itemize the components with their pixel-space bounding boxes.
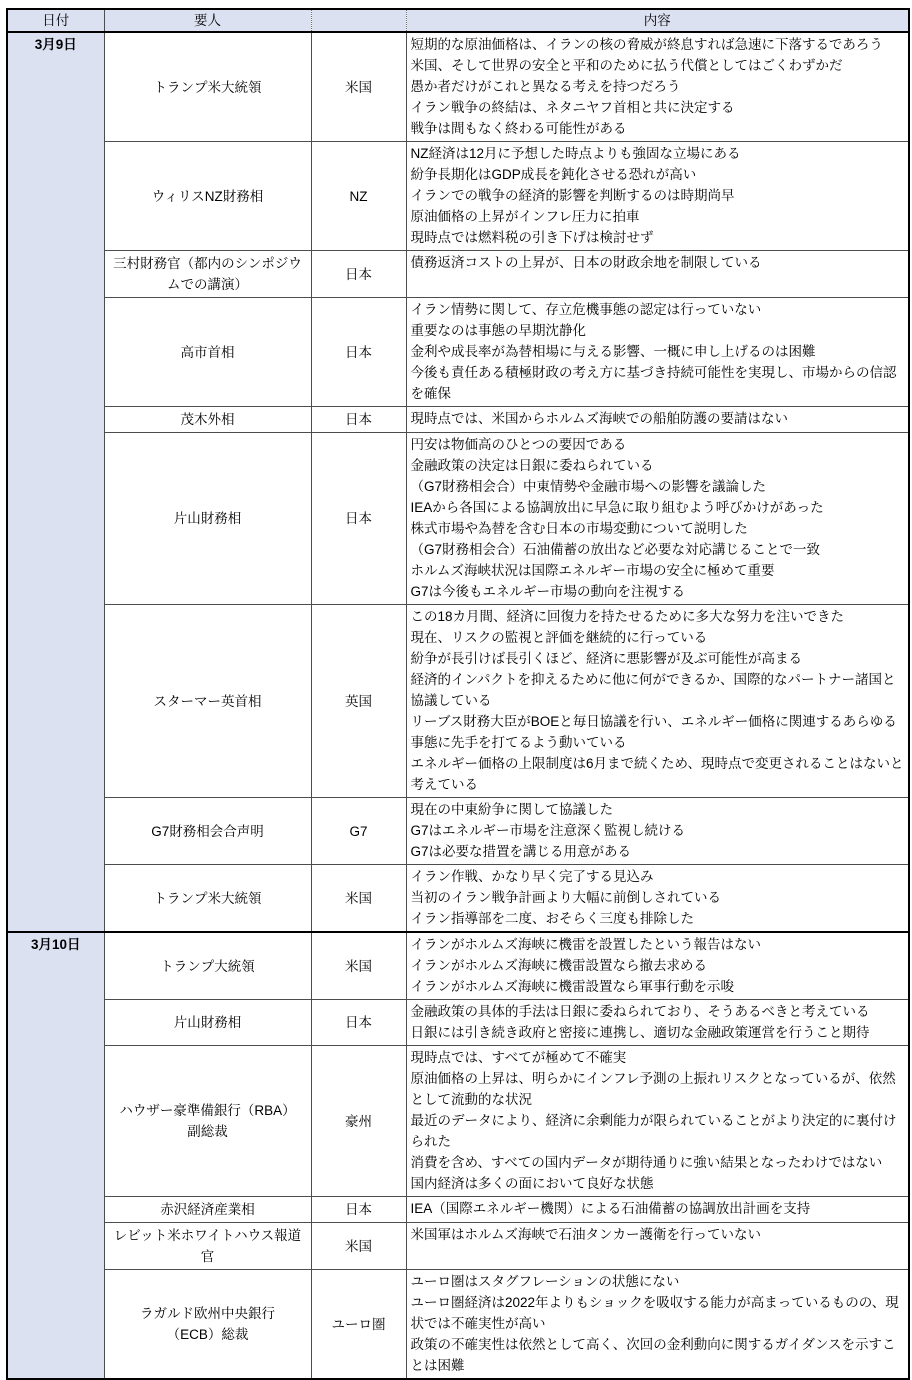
table-row: 三村財務官（都内のシンポジウムでの講演）日本債務返済コストの上昇が、日本の財政余… [7,251,909,298]
person-cell: トランプ米大統領 [104,865,311,933]
header-date: 日付 [7,9,104,32]
person-cell: G7財務相会合声明 [104,798,311,865]
content-cell: 現在の中東紛争に関して協議した G7はエネルギー市場を注意深く監視し続ける G7… [406,798,909,865]
content-cell: NZ経済は12月に予想した時点よりも強固な立場にある 紛争長期化はGDP成長を鈍… [406,142,909,251]
content-cell: 短期的な原油価格は、イランの核の脅威が終息すれば急速に下落するであろう 米国、そ… [406,32,909,142]
country-cell: 日本 [311,298,406,407]
person-cell: 赤沢経済産業相 [104,1197,311,1223]
date-cell: 3月10日 [7,932,104,1379]
content-cell: 円安は物価高のひとつの要因である 金融政策の決定は日銀に委ねられている （G7財… [406,433,909,605]
country-cell: 米国 [311,932,406,1000]
content-cell: 米国軍はホルムズ海峡で石油タンカー護衛を行っていない [406,1223,909,1270]
table-row: 赤沢経済産業相日本IEA（国際エネルギー機関）による石油備蓄の協調放出計画を支持 [7,1197,909,1223]
person-cell: レビット米ホワイトハウス報道官 [104,1223,311,1270]
person-cell: トランプ米大統領 [104,32,311,142]
table-row: ハウザー豪準備銀行（RBA） 副総裁豪州現時点では、すべてが極めて不確実 原油価… [7,1046,909,1197]
person-cell: ウィリスNZ財務相 [104,142,311,251]
person-cell: ハウザー豪準備銀行（RBA） 副総裁 [104,1046,311,1197]
country-cell: NZ [311,142,406,251]
content-cell: 金融政策の具体的手法は日銀に委ねられており、そうあるべきと考えている 日銀には引… [406,1000,909,1046]
country-cell: 日本 [311,1197,406,1223]
content-cell: イラン作戦、かなり早く完了する見込み 当初のイラン戦争計画より大幅に前倒しされて… [406,865,909,933]
country-cell: 米国 [311,1223,406,1270]
table-row: 片山財務相日本円安は物価高のひとつの要因である 金融政策の決定は日銀に委ねられて… [7,433,909,605]
table-row: 3月10日トランプ大統領米国イランがホルムズ海峡に機雷を設置したという報告はない… [7,932,909,1000]
person-cell: 三村財務官（都内のシンポジウムでの講演） [104,251,311,298]
person-cell: 茂木外相 [104,407,311,433]
content-cell: 現時点では、すべてが極めて不確実 原油価格の上昇は、明らかにインフレ予測の上振れ… [406,1046,909,1197]
date-cell: 3月9日 [7,32,104,932]
country-cell: 日本 [311,251,406,298]
country-cell: 英国 [311,605,406,798]
table-row: 3月9日トランプ米大統領米国短期的な原油価格は、イランの核の脅威が終息すれば急速… [7,32,909,142]
person-cell: ラガルド欧州中央銀行 （ECB）総裁 [104,1270,311,1380]
content-cell: イラン情勢に関して、存立危機事態の認定は行っていない 重要なのは事態の早期沈静化… [406,298,909,407]
country-cell: 日本 [311,433,406,605]
table-row: G7財務相会合声明G7現在の中東紛争に関して協議した G7はエネルギー市場を注意… [7,798,909,865]
table-row: 茂木外相日本現時点では、米国からホルムズ海峡での船舶防護の要請はない [7,407,909,433]
table-row: 高市首相日本イラン情勢に関して、存立危機事態の認定は行っていない 重要なのは事態… [7,298,909,407]
country-cell: ユーロ圏 [311,1270,406,1380]
content-cell: IEA（国際エネルギー機関）による石油備蓄の協調放出計画を支持 [406,1197,909,1223]
country-cell: 米国 [311,865,406,933]
header-country [311,9,406,32]
content-cell: この18カ月間、経済に回復力を持たせるために多大な努力を注いできた 現在、リスク… [406,605,909,798]
table-header-row: 日付 要人 内容 [7,9,909,32]
person-cell: スターマー英首相 [104,605,311,798]
person-cell: 片山財務相 [104,1000,311,1046]
key-figures-remarks-table: 日付 要人 内容 3月9日トランプ米大統領米国短期的な原油価格は、イランの核の脅… [6,8,910,1380]
table-row: 片山財務相日本金融政策の具体的手法は日銀に委ねられており、そうあるべきと考えてい… [7,1000,909,1046]
table-row: ラガルド欧州中央銀行 （ECB）総裁ユーロ圏ユーロ圏はスタグフレーションの状態に… [7,1270,909,1380]
content-cell: 債務返済コストの上昇が、日本の財政余地を制限している [406,251,909,298]
country-cell: 米国 [311,32,406,142]
country-cell: G7 [311,798,406,865]
person-cell: トランプ大統領 [104,932,311,1000]
table-row: ウィリスNZ財務相NZNZ経済は12月に予想した時点よりも強固な立場にある 紛争… [7,142,909,251]
table-row: レビット米ホワイトハウス報道官米国米国軍はホルムズ海峡で石油タンカー護衛を行って… [7,1223,909,1270]
country-cell: 日本 [311,407,406,433]
content-cell: イランがホルムズ海峡に機雷を設置したという報告はない イランがホルムズ海峡に機雷… [406,932,909,1000]
country-cell: 日本 [311,1000,406,1046]
country-cell: 豪州 [311,1046,406,1197]
person-cell: 高市首相 [104,298,311,407]
content-cell: ユーロ圏はスタグフレーションの状態にない ユーロ圏経済は2022年よりもショック… [406,1270,909,1380]
table-row: スターマー英首相英国この18カ月間、経済に回復力を持たせるために多大な努力を注い… [7,605,909,798]
content-cell: 現時点では、米国からホルムズ海峡での船舶防護の要請はない [406,407,909,433]
header-person: 要人 [104,9,311,32]
header-content: 内容 [406,9,909,32]
remarks-report-page: 日付 要人 内容 3月9日トランプ米大統領米国短期的な原油価格は、イランの核の脅… [0,0,912,1340]
table-row: トランプ米大統領米国イラン作戦、かなり早く完了する見込み 当初のイラン戦争計画よ… [7,865,909,933]
person-cell: 片山財務相 [104,433,311,605]
